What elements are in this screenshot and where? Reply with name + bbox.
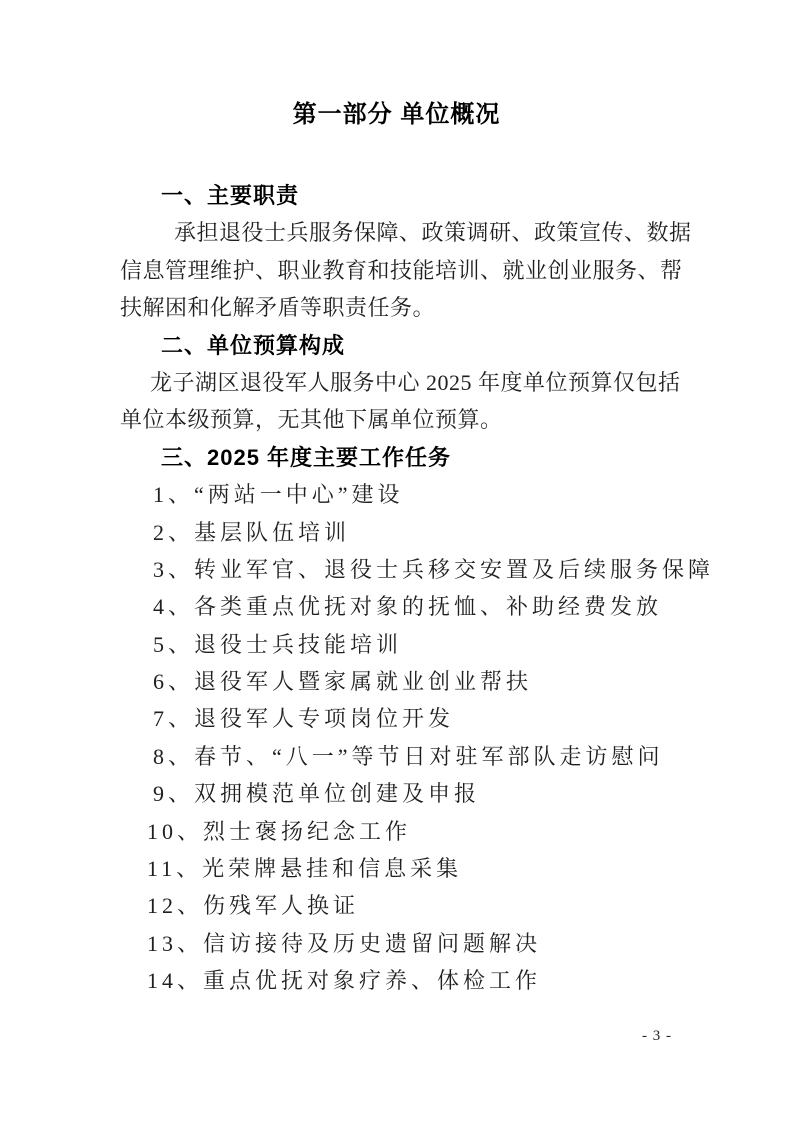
task-item: 3、转业军官、退役士兵移交安置及后续服务保障 <box>120 551 672 588</box>
paragraph-line: 信息管理维护、职业教育和技能培训、就业创业服务、帮 <box>120 252 672 289</box>
task-item: 10、烈士褒扬纪念工作 <box>120 813 672 850</box>
task-item: 8、春节、“八一”等节日对驻军部队走访慰问 <box>120 738 672 775</box>
page-number: - 3 - <box>642 1028 672 1045</box>
task-item: 7、退役军人专项岗位开发 <box>120 700 672 737</box>
task-item: 14、重点优抚对象疗养、体检工作 <box>120 962 672 999</box>
task-item: 9、双拥模范单位创建及申报 <box>120 775 672 812</box>
section-heading-work-tasks: 三、2025 年度主要工作任务 <box>120 439 672 476</box>
paragraph-line: 扶解困和化解矛盾等职责任务。 <box>120 289 672 326</box>
task-item: 12、伤残军人换证 <box>120 887 672 924</box>
section-heading-main-duties: 一、主要职责 <box>120 177 672 214</box>
task-item: 1、“两站一中心”建设 <box>120 476 672 513</box>
task-item: 13、信访接待及历史遗留问题解决 <box>120 925 672 962</box>
task-item: 6、退役军人暨家属就业创业帮扶 <box>120 663 672 700</box>
document-body: 一、主要职责 承担退役士兵服务保障、政策调研、政策宣传、数据 信息管理维护、职业… <box>120 177 672 1000</box>
paragraph-line: 单位本级预算，无其他下属单位预算。 <box>120 401 672 438</box>
task-item: 2、基层队伍培训 <box>120 514 672 551</box>
task-item: 4、各类重点优抚对象的抚恤、补助经费发放 <box>120 588 672 625</box>
section-heading-budget-composition: 二、单位预算构成 <box>120 327 672 364</box>
paragraph-line: 龙子湖区退役军人服务中心 2025 年度单位预算仅包括 <box>120 364 672 401</box>
paragraph-line: 承担退役士兵服务保障、政策调研、政策宣传、数据 <box>120 214 672 251</box>
task-item: 11、光荣牌悬挂和信息采集 <box>120 850 672 887</box>
page-title: 第一部分 单位概况 <box>0 96 793 134</box>
task-item: 5、退役士兵技能培训 <box>120 626 672 663</box>
